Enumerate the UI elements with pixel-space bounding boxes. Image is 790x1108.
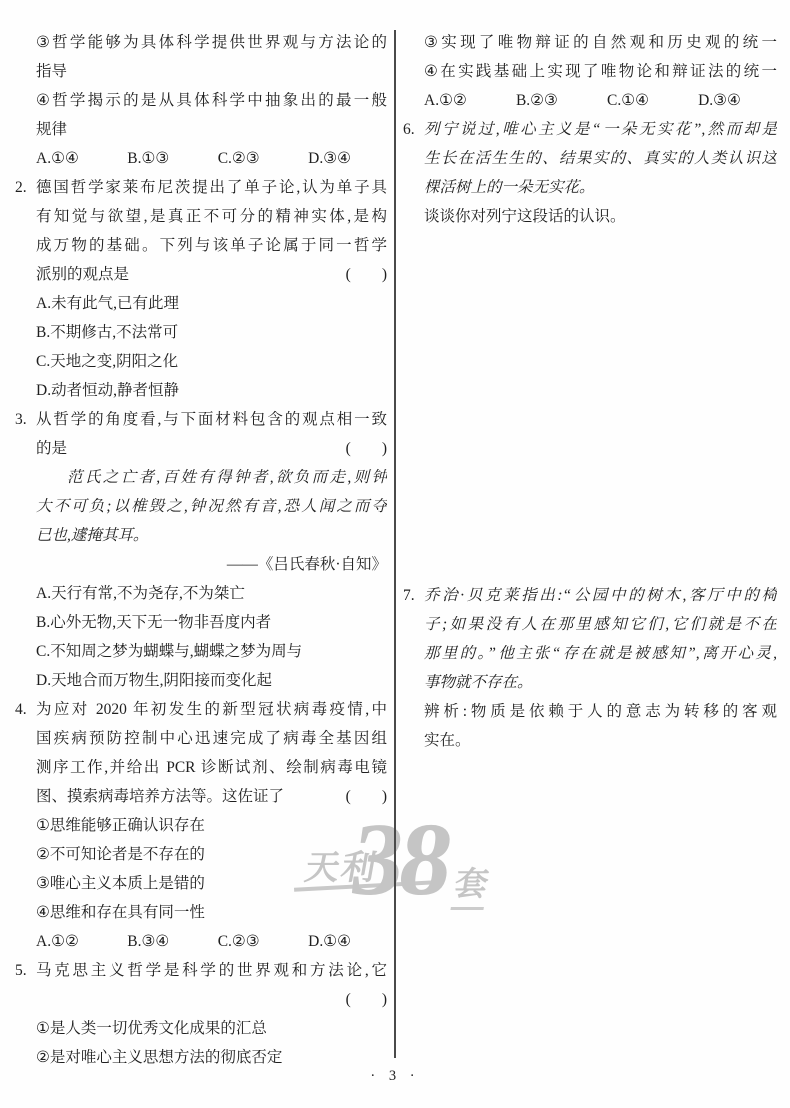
answer-bracket: ( ) bbox=[346, 434, 387, 463]
question-line: 的是( ) bbox=[36, 434, 387, 463]
question-number bbox=[403, 28, 424, 57]
choice-option: C.①④ bbox=[607, 86, 649, 115]
quote-attribution: ——《吕氏春秋·自知》 bbox=[36, 550, 387, 579]
choice-option: D.①④ bbox=[308, 927, 351, 956]
quote-line: 生长在活生生的、结果实的、真实的人类认识这 bbox=[424, 144, 777, 173]
question-number: 3. bbox=[15, 405, 36, 434]
question-line: ③哲学能够为具体科学提供世界观与方法论的 bbox=[36, 28, 387, 57]
question-line: ④在实践基础上实现了唯物论和辩证法的统一 bbox=[424, 57, 777, 86]
quote-line: 已也,遽掩其耳。 bbox=[36, 521, 387, 550]
question-line: 马克思主义哲学是科学的世界观和方法论,它 bbox=[36, 956, 387, 985]
question-number: 6. bbox=[403, 115, 424, 144]
quote-line: 那里的。”他主张“存在就是被感知”,离开心灵, bbox=[424, 639, 777, 668]
choice-option: B.②③ bbox=[516, 86, 558, 115]
question-body: 乔治·贝克莱指出:“公园中的树木,客厅中的椅子;如果没有人在那里感知它们,它们就… bbox=[424, 581, 777, 755]
question-line: 图、摸索病毒培养方法等。这佐证了( ) bbox=[36, 782, 387, 811]
question-3: 3.从哲学的角度看,与下面材料包含的观点相一致的是( )范氏之亡者,百姓有得钟者… bbox=[15, 405, 387, 695]
choice-option: B.①③ bbox=[127, 144, 169, 173]
answer-bracket: ( ) bbox=[346, 260, 387, 289]
choice-option: C.②③ bbox=[218, 927, 260, 956]
answer-space bbox=[403, 231, 777, 581]
choice-row: A.①④B.①③C.②③D.③④ bbox=[36, 144, 387, 173]
question-line: 辨析:物质是依赖于人的意志为转移的客观 bbox=[424, 697, 777, 726]
question-line: 有知觉与欲望,是真正不可分的精神实体,是构 bbox=[36, 202, 387, 231]
question-line: 国疾病预防控制中心迅速完成了病毒全基因组 bbox=[36, 724, 387, 753]
quote-line: 列宁说过,唯心主义是“一朵无实花”,然而却是 bbox=[424, 115, 777, 144]
choice-option: C.②③ bbox=[218, 144, 260, 173]
quote-line: 子;如果没有人在那里感知它们,它们就是不在 bbox=[424, 610, 777, 639]
question-line: 测序工作,并给出 PCR 诊断试剂、绘制病毒电镜 bbox=[36, 753, 387, 782]
choice-option: D.③④ bbox=[698, 86, 741, 115]
question-line: B.不期修古,不法常可 bbox=[36, 318, 387, 347]
question-body: ③哲学能够为具体科学提供世界观与方法论的指导④哲学揭示的是从具体科学中抽象出的最… bbox=[36, 28, 387, 173]
question-line: C.天地之变,阴阳之化 bbox=[36, 347, 387, 376]
question-body: 为应对 2020 年初发生的新型冠状病毒疫情,中国疾病预防控制中心迅速完成了病毒… bbox=[36, 695, 387, 956]
question-5-continued: ③实现了唯物辩证的自然观和历史观的统一④在实践基础上实现了唯物论和辩证法的统一A… bbox=[403, 28, 777, 115]
question-line: 从哲学的角度看,与下面材料包含的观点相一致 bbox=[36, 405, 387, 434]
question-number: 4. bbox=[15, 695, 36, 724]
question-line: 规律 bbox=[36, 115, 387, 144]
question-line: ④哲学揭示的是从具体科学中抽象出的最一般 bbox=[36, 86, 387, 115]
question-line: A.未有此气,已有此理 bbox=[36, 289, 387, 318]
question-line: D.动者恒动,静者恒静 bbox=[36, 376, 387, 405]
choice-row: A.①②B.③④C.②③D.①④ bbox=[36, 927, 387, 956]
answer-bracket: ( ) bbox=[346, 985, 387, 1014]
choice-option: A.①④ bbox=[36, 144, 79, 173]
question-line: ③实现了唯物辩证的自然观和历史观的统一 bbox=[424, 28, 777, 57]
question-line: D.天地合而万物生,阴阳接而变化起 bbox=[36, 666, 387, 695]
left-column: ③哲学能够为具体科学提供世界观与方法论的指导④哲学揭示的是从具体科学中抽象出的最… bbox=[15, 28, 387, 1072]
question-line: ①是人类一切优秀文化成果的汇总 bbox=[36, 1014, 387, 1043]
line-text: 的是 bbox=[36, 434, 67, 463]
question-line: 德国哲学家莱布尼茨提出了单子论,认为单子具 bbox=[36, 173, 387, 202]
question-line: 派别的观点是( ) bbox=[36, 260, 387, 289]
question-number: 2. bbox=[15, 173, 36, 202]
question-7: 7.乔治·贝克莱指出:“公园中的树木,客厅中的椅子;如果没有人在那里感知它们,它… bbox=[403, 581, 777, 755]
choice-option: B.③④ bbox=[127, 927, 169, 956]
question-line: 实在。 bbox=[424, 726, 777, 755]
question-2: 2.德国哲学家莱布尼茨提出了单子论,认为单子具有知觉与欲望,是真正不可分的精神实… bbox=[15, 173, 387, 405]
line-text: 图、摸索病毒培养方法等。这佐证了 bbox=[36, 782, 284, 811]
quote-line: 大不可负;以椎毁之,钟况然有音,恐人闻之而夺 bbox=[36, 492, 387, 521]
two-column-layout: ③哲学能够为具体科学提供世界观与方法论的指导④哲学揭示的是从具体科学中抽象出的最… bbox=[15, 28, 777, 1072]
question-body: ③实现了唯物辩证的自然观和历史观的统一④在实践基础上实现了唯物论和辩证法的统一A… bbox=[424, 28, 777, 115]
choice-option: D.③④ bbox=[308, 144, 351, 173]
question-body: 马克思主义哲学是科学的世界观和方法论,它( )①是人类一切优秀文化成果的汇总②是… bbox=[36, 956, 387, 1072]
question-line: ①思维能够正确认识存在 bbox=[36, 811, 387, 840]
choice-option: A.①② bbox=[424, 86, 467, 115]
question-6: 6.列宁说过,唯心主义是“一朵无实花”,然而却是生长在活生生的、结果实的、真实的… bbox=[403, 115, 777, 231]
quote-line: 事物就不存在。 bbox=[424, 668, 777, 697]
quote-line: 棵活树上的一朵无实花。 bbox=[424, 173, 777, 202]
question-4: 4.为应对 2020 年初发生的新型冠状病毒疫情,中国疾病预防控制中心迅速完成了… bbox=[15, 695, 387, 956]
question-body: 列宁说过,唯心主义是“一朵无实花”,然而却是生长在活生生的、结果实的、真实的人类… bbox=[424, 115, 777, 231]
question-line: 为应对 2020 年初发生的新型冠状病毒疫情,中 bbox=[36, 695, 387, 724]
question-body: 德国哲学家莱布尼茨提出了单子论,认为单子具有知觉与欲望,是真正不可分的精神实体,… bbox=[36, 173, 387, 405]
question-line: 谈谈你对列宁这段话的认识。 bbox=[424, 202, 777, 231]
line-text: 派别的观点是 bbox=[36, 260, 129, 289]
question-1-continued: ③哲学能够为具体科学提供世界观与方法论的指导④哲学揭示的是从具体科学中抽象出的最… bbox=[15, 28, 387, 173]
question-number bbox=[15, 28, 36, 57]
question-number: 7. bbox=[403, 581, 424, 610]
quote-line: 乔治·贝克莱指出:“公园中的树木,客厅中的椅 bbox=[424, 581, 777, 610]
column-divider bbox=[394, 30, 396, 1058]
quote-line: 范氏之亡者,百姓有得钟者,欲负而走,则钟 bbox=[36, 463, 387, 492]
question-line: 指导 bbox=[36, 57, 387, 86]
page-number: · 3 · bbox=[0, 1068, 790, 1085]
question-number: 5. bbox=[15, 956, 36, 985]
exam-page: 天利 38 套 ③哲学能够为具体科学提供世界观与方法论的指导④哲学揭示的是从具体… bbox=[0, 0, 790, 1108]
question-line: C.不知周之梦为蝴蝶与,蝴蝶之梦为周与 bbox=[36, 637, 387, 666]
question-line: ③唯心主义本质上是错的 bbox=[36, 869, 387, 898]
question-line: ②不可知论者是不存在的 bbox=[36, 840, 387, 869]
question-line: ( ) bbox=[36, 985, 387, 1014]
question-line: ④思维和存在具有同一性 bbox=[36, 898, 387, 927]
question-line: B.心外无物,天下无一物非吾度内者 bbox=[36, 608, 387, 637]
right-column: ③实现了唯物辩证的自然观和历史观的统一④在实践基础上实现了唯物论和辩证法的统一A… bbox=[403, 28, 777, 1072]
choice-option: A.①② bbox=[36, 927, 79, 956]
question-body: 从哲学的角度看,与下面材料包含的观点相一致的是( )范氏之亡者,百姓有得钟者,欲… bbox=[36, 405, 387, 695]
question-line: A.天行有常,不为尧存,不为桀亡 bbox=[36, 579, 387, 608]
question-line: 成万物的基础。下列与该单子论属于同一哲学 bbox=[36, 231, 387, 260]
choice-row: A.①②B.②③C.①④D.③④ bbox=[424, 86, 777, 115]
question-5: 5.马克思主义哲学是科学的世界观和方法论,它( )①是人类一切优秀文化成果的汇总… bbox=[15, 956, 387, 1072]
answer-bracket: ( ) bbox=[346, 782, 387, 811]
